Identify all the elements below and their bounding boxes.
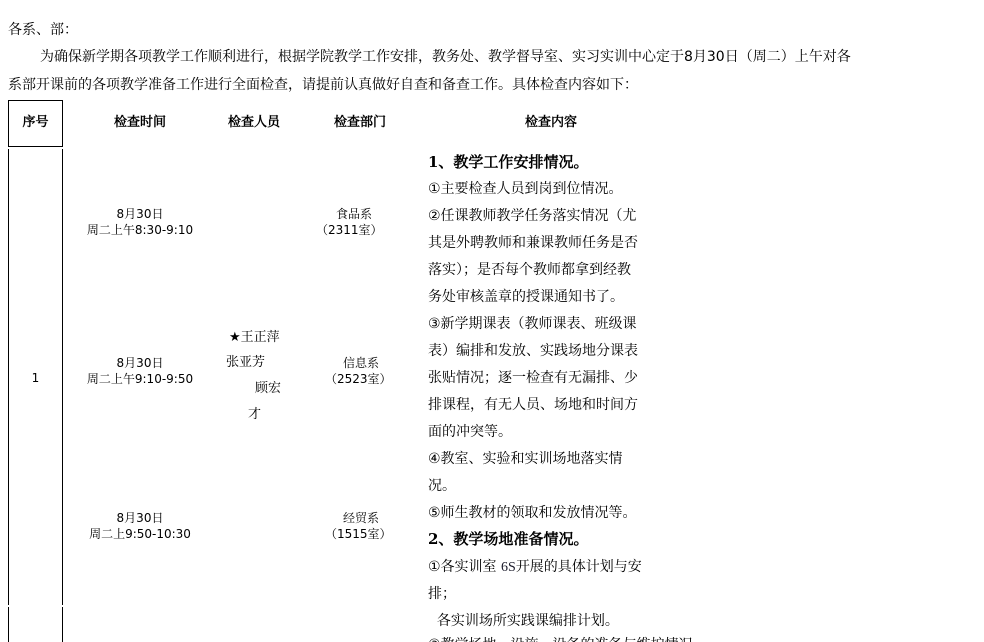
slot-3-date: 8月30日 <box>62 510 218 526</box>
slot-2-dept: 信息系 <box>343 355 379 371</box>
salutation: 各系、部： <box>8 21 78 39</box>
content-line: 面的冲突等。 <box>428 423 512 441</box>
header-time: 检查时间 <box>90 115 190 131</box>
header-border-top <box>8 100 63 101</box>
slot-1-dept: 食品系 <box>336 206 372 222</box>
content-line: 其是外聘教师和兼课教师任务是否 <box>428 234 638 252</box>
inspector-2: 张亚芳 <box>226 355 265 371</box>
row-seq: 1 <box>8 370 63 386</box>
content-heading-1: 1、教学工作安排情况。 <box>428 153 588 171</box>
slot-1-room: （2311室） <box>316 222 383 238</box>
content-heading-2: 2、教学场地准备情况。 <box>428 530 588 548</box>
content-line: ③新学期课表（教师课表、班级课 <box>428 315 637 333</box>
content-line-latin: 6S <box>501 560 516 575</box>
slot-1-date: 8月30日 <box>62 206 218 222</box>
header-seq: 序号 <box>8 115 63 131</box>
row2-border-left <box>8 607 9 642</box>
intro-line-2: 系部开课前的各项教学准备工作进行全面检查，请提前认真做好自查和备查工作。具体检查… <box>8 76 638 94</box>
content-line: 各实训场所实践课编排计划。 <box>428 612 619 630</box>
slot-2-room: （2523室） <box>325 371 392 387</box>
header-department: 检查部门 <box>310 115 410 131</box>
inspector-1: ★王正萍 <box>229 330 280 346</box>
content-line: 表）编排和发放、实践场地分课表 <box>428 342 638 360</box>
content-line: ①各实训室 6S开展的具体计划与安 <box>428 558 642 577</box>
content-line: ①主要检查人员到岗到位情况。 <box>428 180 623 198</box>
slot-3-dept: 经贸系 <box>343 510 379 526</box>
content-line: 况。 <box>428 477 456 495</box>
slot-3-room: （1515室） <box>325 526 392 542</box>
header-content: 检查内容 <box>500 115 602 131</box>
content-line-clipped: ③教学场地、设施、设备的准备与维护情况 <box>428 636 693 642</box>
content-line: 落实）；是否每个教师都拿到经教 <box>428 261 631 279</box>
inspector-3-part2: 才 <box>248 407 261 423</box>
content-line: 务处审核盖章的授课通知书了。 <box>428 288 624 306</box>
content-line-pre: ①各实训室 <box>428 559 501 575</box>
row2-border-seq-separator <box>62 607 63 642</box>
slot-2-date: 8月30日 <box>62 355 218 371</box>
content-line: ⑤师生教材的领取和发放情况等。 <box>428 504 637 522</box>
content-line: 排； <box>428 585 456 603</box>
header-inspectors: 检查人员 <box>204 115 304 131</box>
content-line: 排课程，有无人员、场地和时间方 <box>428 396 638 414</box>
document-page: 各系、部： 为确保新学期各项教学工作顺利进行，根据学院教学工作安排，教务处、教学… <box>0 0 984 642</box>
slot-3-time: 周二上9:50-10:30 <box>62 526 218 542</box>
content-line: 张贴情况；逐一检查有无漏排、少 <box>428 369 638 387</box>
slot-1-time: 周二上午8:30-9:10 <box>62 222 218 238</box>
content-line-post: 开展的具体计划与安 <box>516 559 642 575</box>
inspector-3-part1: 顾宏 <box>255 381 281 397</box>
intro-line-1: 为确保新学期各项教学工作顺利进行，根据学院教学工作安排，教务处、教学督导室、实习… <box>40 48 851 66</box>
content-line: ④教室、实验和实训场地落实情 <box>428 450 623 468</box>
header-border-bottom <box>8 146 63 147</box>
content-line: ②任课教师教学任务落实情况（尤 <box>428 207 637 225</box>
slot-2-time: 周二上午9:10-9:50 <box>62 371 218 387</box>
